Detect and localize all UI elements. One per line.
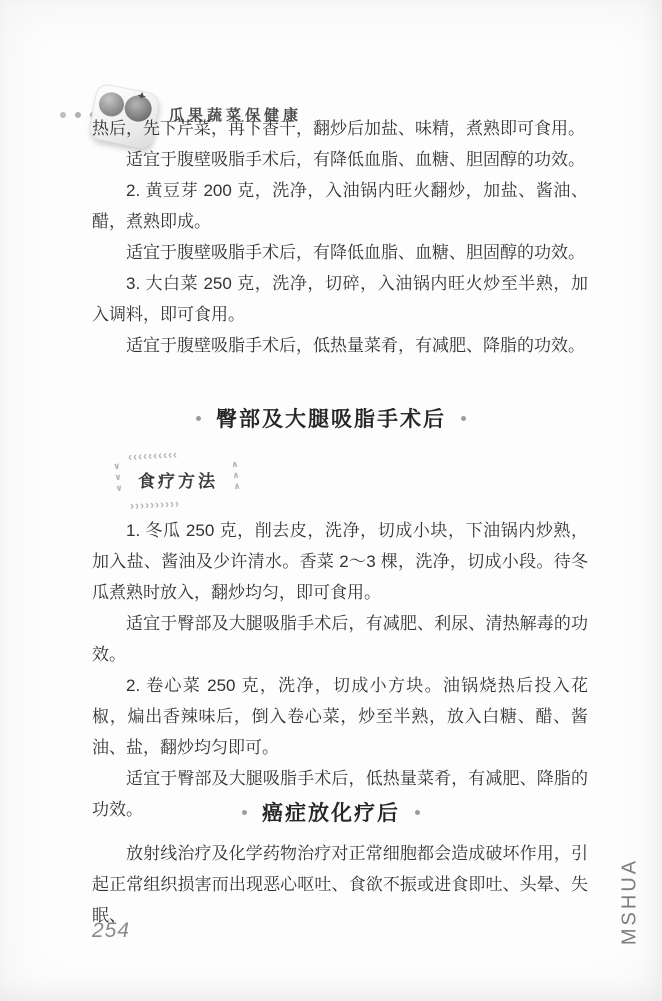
section-1-text: 热后，先下芹菜，再下香干，翻炒后加盐、味精，煮熟即可食用。 适宜于腹壁吸脂手术后… — [92, 113, 588, 361]
heading-dot-icon — [461, 416, 466, 421]
heading-dot-icon — [415, 810, 420, 815]
badge-label: 食疗方法 — [122, 467, 234, 492]
heading-dot-icon — [196, 416, 201, 421]
section-3-text: 放射线治疗及化学药物治疗对正常细胞都会造成破坏作用，引起正常组织损害而出现恶心呕… — [92, 838, 588, 931]
chevron-border-top: ‹‹‹‹‹‹‹‹‹‹ — [128, 444, 233, 463]
paragraph: 适宜于腹壁吸脂手术后，有降低血脂、血糖、胆固醇的功效。 — [92, 144, 588, 175]
watermark-text: MSHUA — [619, 842, 642, 962]
section-title: 臀部及大腿吸脂手术后 — [216, 403, 446, 433]
diet-method-badge: ‹‹‹‹‹‹‹‹‹‹ ∨∨∨ ∧∧∧ ›››››››››› 食疗方法 — [122, 453, 234, 503]
section-2-text: 1. 冬瓜 250 克，削去皮，洗净，切成小块，下油锅内炒熟，加入盐、酱油及少许… — [92, 515, 588, 825]
paragraph: 1. 冬瓜 250 克，削去皮，洗净，切成小块，下油锅内炒熟，加入盐、酱油及少许… — [92, 515, 588, 608]
paragraph: 热后，先下芹菜，再下香干，翻炒后加盐、味精，煮熟即可食用。 — [92, 113, 588, 144]
paragraph: 适宜于腹壁吸脂手术后，有降低血脂、血糖、胆固醇的功效。 — [92, 237, 588, 268]
section-title: 癌症放化疗后 — [262, 797, 400, 827]
paragraph: 适宜于腹壁吸脂手术后，低热量菜肴，有减肥、降脂的功效。 — [92, 330, 588, 361]
paragraph: 2. 卷心菜 250 克，洗净，切成小方块。油锅烧热后投入花椒，煸出香辣味后，倒… — [92, 670, 588, 763]
paragraph: 2. 黄豆芽 200 克，洗净，入油锅内旺火翻炒，加盐、酱油、醋，煮熟即成。 — [92, 175, 588, 237]
section-heading: 臀部及大腿吸脂手术后 — [0, 403, 662, 433]
page-number: 254 — [92, 919, 130, 943]
tomato-stem-icon — [137, 91, 147, 100]
paragraph: 3. 大白菜 250 克，洗净，切碎，入油锅内旺火炒至半熟，加入调料，即可食用。 — [92, 268, 588, 330]
chevron-border-bottom: ›››››››››› — [130, 493, 235, 512]
paragraph: 放射线治疗及化学药物治疗对正常细胞都会造成破坏作用，引起正常组织损害而出现恶心呕… — [92, 838, 588, 931]
page-header: 瓜果蔬菜保健康 — [0, 40, 662, 120]
section-heading: 癌症放化疗后 — [0, 797, 662, 827]
paragraph: 适宜于臀部及大腿吸脂手术后，有减肥、利尿、清热解毒的功效。 — [92, 608, 588, 670]
heading-dot-icon — [242, 810, 247, 815]
